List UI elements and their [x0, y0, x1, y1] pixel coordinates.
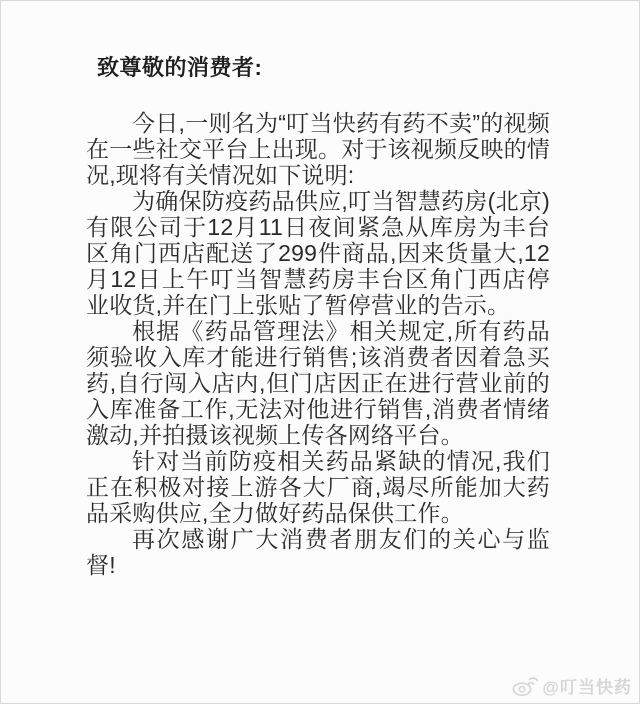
- watermark: @叮当快药: [512, 673, 632, 698]
- notice-paragraph-intro: 今日,一则名为“叮当快药有药不卖”的视频在一些社交平台上出现。对于该视频反映的情…: [86, 110, 550, 188]
- notice-paragraph-thanks: 再次感谢广大消费者朋友们的关心与监督!: [86, 526, 550, 578]
- notice-paragraph-delivery: 为确保防疫药品供应,叮当智慧药房(北京)有限公司于12月11日夜间紧急从库房为丰…: [86, 188, 550, 318]
- notice-page: 致尊敬的消费者: 今日,一则名为“叮当快药有药不卖”的视频在一些社交平台上出现。…: [0, 0, 640, 704]
- notice-paragraph-supply: 针对当前防疫相关药品紧缺的情况,我们正在积极对接上游各大厂商,竭尽所能加大药品采…: [86, 448, 550, 526]
- weibo-icon: [512, 675, 539, 697]
- watermark-text: @叮当快药: [542, 673, 632, 698]
- notice-paragraph-regulation: 根据《药品管理法》相关规定,所有药品须验收入库才能进行销售;该消费者因着急买药,…: [86, 318, 550, 448]
- notice-title: 致尊敬的消费者:: [97, 55, 639, 81]
- notice-body: 今日,一则名为“叮当快药有药不卖”的视频在一些社交平台上出现。对于该视频反映的情…: [86, 110, 550, 578]
